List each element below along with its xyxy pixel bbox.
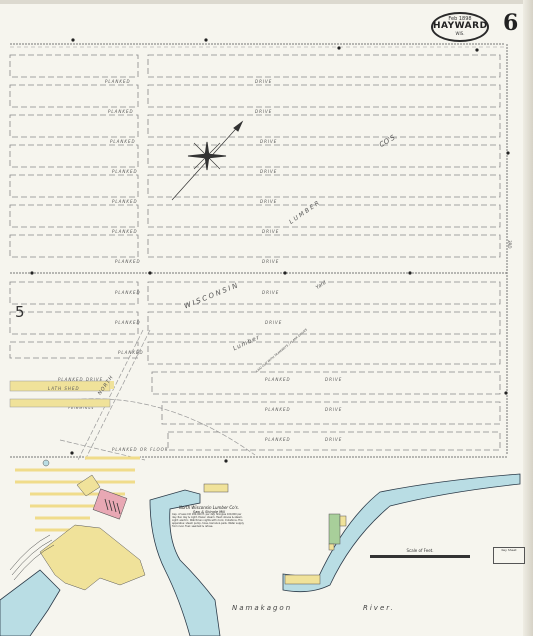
drive-label: DRIVE xyxy=(260,139,277,144)
mill-description-note: North Wisconsin Lumber Co's. Saw & Shing… xyxy=(172,505,246,529)
drive-label: DRIVE xyxy=(255,109,272,114)
drive-label: DRIVE xyxy=(262,290,279,295)
drive-label: DRIVE xyxy=(262,229,279,234)
mill-note-text: Cap. of saw mill 180,000 ft. per day. Sh… xyxy=(172,514,246,529)
drive-label: DRIVE xyxy=(325,377,342,382)
sheet-number: 6 xyxy=(503,10,518,36)
planked-label: PLANKED xyxy=(112,169,138,174)
planked-label: PLANKED xyxy=(105,79,131,84)
drive-label: DRIVE xyxy=(325,437,342,442)
drive-label: DRIVE xyxy=(325,407,342,412)
planked-drive-label: PLANKED DRIVE xyxy=(58,377,103,382)
planked-label: PLANKED xyxy=(265,377,291,382)
planked-label: PLANKED xyxy=(115,320,141,325)
state-name: WIS. xyxy=(433,31,487,36)
drive-label: DRIVE xyxy=(262,259,279,264)
map-sheet: Feb 1898 HAYWARD WIS. 6 5 PLANKED DRIVE … xyxy=(0,0,533,636)
river-name-right: River. xyxy=(363,604,395,612)
scale-title: Scale of Feet. xyxy=(370,548,470,553)
north-arrow-icon xyxy=(172,122,242,200)
lath-shed-label: LATH SHED xyxy=(48,386,80,391)
planked-label: PLANKED xyxy=(265,437,291,442)
drive-label: DRIVE xyxy=(265,320,282,325)
planked-label: PLANKED xyxy=(110,139,136,144)
planked-label: PLANKED xyxy=(112,199,138,204)
planked-label: PLANKED xyxy=(265,407,291,412)
scale-bar xyxy=(370,555,470,558)
drive-label: DRIVE xyxy=(255,79,272,84)
planked-label: PLANKED xyxy=(118,350,144,355)
drive-label: DRIVE xyxy=(260,199,277,204)
planked-label: PLANKED xyxy=(108,109,134,114)
scale-of-feet: Scale of Feet. xyxy=(370,548,470,558)
east-street-label: 3RD xyxy=(507,240,512,248)
adjoining-sheet-number[interactable]: 5 xyxy=(15,303,25,321)
drive-label: DRIVE xyxy=(260,169,277,174)
planked-or-floor-label: PLANKED OR FLOOR xyxy=(112,447,169,452)
planked-label: PLANKED xyxy=(115,290,141,295)
map-linework xyxy=(0,0,533,636)
town-name: HAYWARD xyxy=(433,22,487,31)
planked-label: PLANKED xyxy=(115,259,141,264)
planked-label: PLANKED xyxy=(112,229,138,234)
river-name-left: Namakagon xyxy=(232,604,292,612)
key-sheet-box: Key Sheet xyxy=(493,547,525,564)
title-cartouche: Feb 1898 HAYWARD WIS. xyxy=(431,12,489,42)
trimmings-label: TRIMMINGS xyxy=(68,406,94,410)
